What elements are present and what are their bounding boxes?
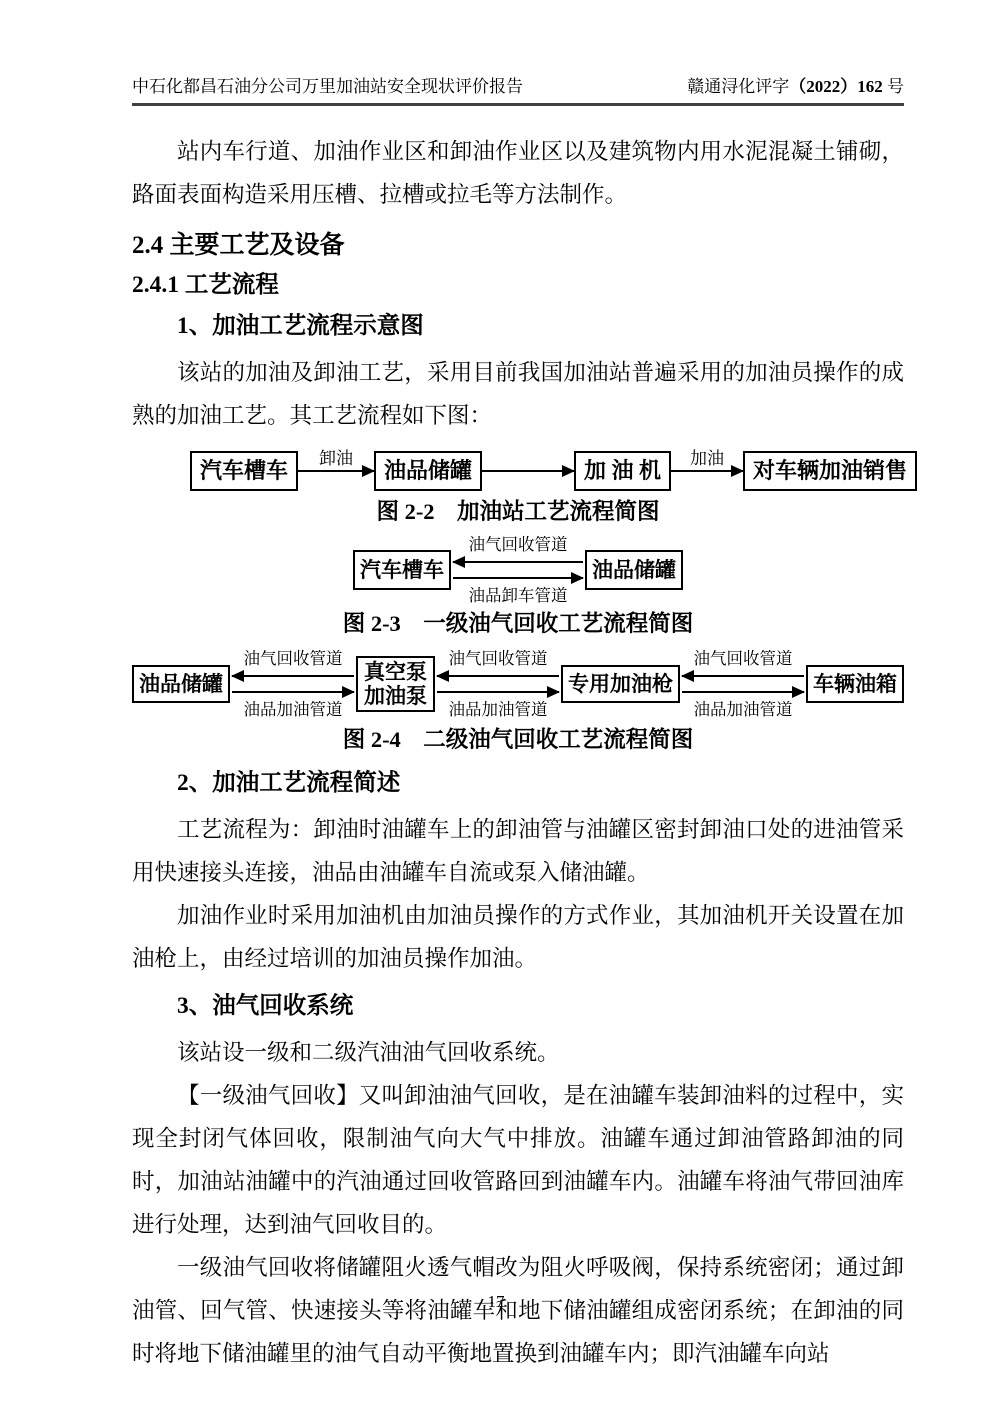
flow-node-tanker-truck: 汽车槽车	[353, 550, 451, 590]
fuel-pipe-label: 油品加油管道	[682, 700, 804, 719]
heading-2-4-1: 2.4.1 工艺流程	[132, 271, 904, 300]
doc-number-suffix: 号	[883, 77, 904, 96]
paragraph-process-intro: 该站的加油及卸油工艺，采用目前我国加油站普遍采用的加油员操作的成熟的加油工艺。其…	[132, 351, 904, 437]
right-arrow-icon	[671, 470, 743, 472]
figure-2-4-caption: 图 2-4 二级油气回收工艺流程简图	[132, 725, 904, 755]
left-arrow-icon	[437, 675, 559, 677]
right-arrow-icon	[232, 691, 354, 693]
header-doc-number: 赣通浔化评字（2022）162 号	[687, 76, 904, 98]
fuel-pipe-label: 油品加油管道	[232, 700, 354, 719]
arrow-unload-label: 卸油	[319, 450, 353, 468]
vapor-recovery-pipe-label: 油气回收管道	[437, 649, 559, 668]
vapor-recovery-pipe-label: 油气回收管道	[453, 535, 583, 554]
paragraph-primary-recovery: 【一级油气回收】又叫卸油油气回收，是在油罐车装卸油料的过程中，实现全封闭气体回收…	[132, 1074, 904, 1246]
heading-item-3: 3、油气回收系统	[132, 992, 904, 1021]
right-arrow-icon	[682, 691, 804, 693]
arrow-refuel-label: 加油	[690, 450, 724, 468]
left-arrow-icon	[232, 675, 354, 677]
doc-number-prefix: 赣通浔化评字	[687, 77, 789, 96]
vapor-recovery-pipe-label: 油气回收管道	[232, 649, 354, 668]
flow-node-oil-storage-tank: 油品储罐	[132, 665, 230, 703]
heading-item-2: 2、加油工艺流程简述	[132, 769, 904, 798]
figure-2-3-flow-diagram: 汽车槽车 油气回收管道 油品卸车管道 油品储罐	[353, 535, 683, 605]
paragraph-pavement: 站内车行道、加油作业区和卸油作业区以及建筑物内用水泥混凝土铺砌，路面表面构造采用…	[132, 130, 904, 216]
flow-node-vacuum-fuel-pump: 真空泵 加油泵	[356, 656, 435, 712]
paragraph-refueling-process: 加油作业时采用加油机由加油员操作的方式作业，其加油机开关设置在加油枪上，由经过培…	[132, 894, 904, 980]
pipe-arrow-pair: 油气回收管道 油品卸车管道	[453, 535, 583, 605]
pipe-arrow-pair: 油气回收管道 油品加油管道	[232, 649, 354, 719]
doc-number-bold: （2022）162	[789, 77, 883, 96]
right-arrow-icon	[482, 470, 574, 472]
oil-unloading-pipe-label: 油品卸车管道	[453, 586, 583, 605]
header-report-title: 中石化都昌石油分公司万里加油站安全现状评价报告	[132, 76, 523, 98]
paragraph-vapor-intro: 该站设一级和二级汽油油气回收系统。	[132, 1031, 904, 1074]
right-arrow-icon	[453, 577, 583, 579]
figure-2-2-caption: 图 2-2 加油站工艺流程简图	[132, 497, 904, 527]
figure-2-3-caption: 图 2-3 一级油气回收工艺流程简图	[132, 609, 904, 639]
heading-item-1: 1、加油工艺流程示意图	[132, 312, 904, 341]
pump-line-2: 加油泵	[364, 684, 427, 708]
flow-node-oil-storage-tank: 油品储罐	[585, 550, 683, 590]
right-arrow-icon	[437, 691, 559, 693]
fuel-pipe-label: 油品加油管道	[437, 700, 559, 719]
paragraph-unloading-process: 工艺流程为：卸油时油罐车上的卸油管与油罐区密封卸油口处的进油管采用快速接头连接，…	[132, 808, 904, 894]
arrow-to-dispenser	[482, 470, 574, 472]
left-arrow-icon	[453, 561, 583, 563]
figure-2-4-flow-diagram: 油品储罐 油气回收管道 油品加油管道 真空泵 加油泵 油气回收管道 油品加油管道…	[132, 649, 904, 719]
report-page: 中石化都昌石油分公司万里加油站安全现状评价报告 赣通浔化评字（2022）162 …	[0, 0, 992, 1403]
flow-node-vehicle-sales: 对车辆加油销售	[743, 451, 917, 491]
flow-node-oil-storage-tank: 油品储罐	[374, 451, 482, 491]
figure-2-2-flow-diagram: 汽车槽车 卸油 油品储罐 加 油 机 加油 对车辆加油销售	[190, 451, 884, 491]
page-number: 17	[0, 1292, 992, 1312]
flow-node-dedicated-nozzle: 专用加油枪	[561, 665, 680, 703]
vapor-recovery-pipe-label: 油气回收管道	[682, 649, 804, 668]
pipe-arrow-pair: 油气回收管道 油品加油管道	[682, 649, 804, 719]
page-header: 中石化都昌石油分公司万里加油站安全现状评价报告 赣通浔化评字（2022）162 …	[132, 76, 904, 106]
flow-node-fuel-dispenser: 加 油 机	[574, 451, 671, 491]
pipe-arrow-pair: 油气回收管道 油品加油管道	[437, 649, 559, 719]
flow-node-tanker-truck: 汽车槽车	[190, 451, 298, 491]
heading-2-4: 2.4 主要工艺及设备	[132, 231, 904, 261]
left-arrow-icon	[682, 675, 804, 677]
arrow-refuel: 加油	[671, 470, 743, 472]
pump-line-1: 真空泵	[364, 660, 427, 684]
arrow-unload: 卸油	[298, 470, 374, 472]
right-arrow-icon	[298, 470, 374, 472]
flow-node-vehicle-fuel-tank: 车辆油箱	[806, 665, 904, 703]
